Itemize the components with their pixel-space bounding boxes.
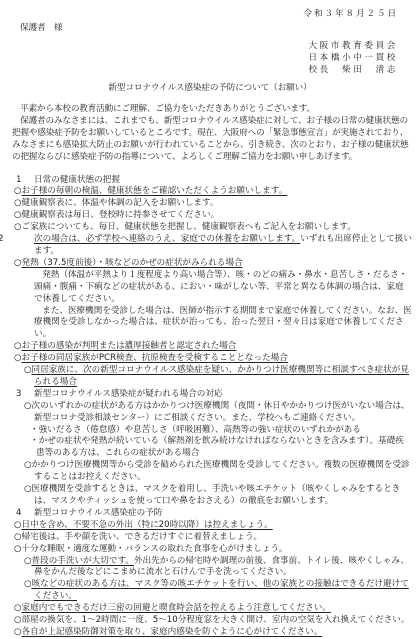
list-item: ○お子様の同居家族がPCR検査、抗原検査を受検することとなった場合	[12, 353, 412, 365]
document-date: 令和３年８月２５日	[304, 8, 398, 20]
fever-detail: 発熱（体温が平熱より１度程度より高い場合等）、咳・のどの痛み・鼻水・息苦しさ・だ…	[12, 270, 412, 306]
symptom-bullet: ・強いだるさ（倦怠感）や息苦しさ（呼吸困難）、高熱等の強い症状のいずれかがある	[12, 425, 412, 437]
list-item: ○かかりつけ医療機関等から受診を勧められた医療機関を受診してください。複数の医療…	[12, 460, 412, 484]
list-item: ○部屋の換気を、1～2時間に一度、5～10分程度窓を大きく開け、室内の空気を入れ…	[12, 615, 412, 627]
list-item: ○家庭内でもできるだけ三密の回避と喫食時会話を控えるよう注意してください。	[12, 603, 412, 615]
list-item: ○ご家族についても、毎日、健康状態を把握し、健康観察表へもご記入をお願いします。	[12, 222, 412, 234]
document-body: 平素から本校の教育活動にご理解、ご協力をいただきありがとうございます。 保護者の…	[12, 104, 412, 639]
section-4-heading: 4新型コロナウイルス感染症の予防	[12, 508, 412, 520]
addressee: 保護者 様	[20, 22, 62, 34]
section-3-heading: 3新型コロナウイルス感染症が疑われる場合の対応	[12, 389, 412, 401]
list-item: ○日中を含め、不要不急の外出（特に20時以降）は控えましょう。	[12, 520, 412, 532]
section-1-heading: 1日常の健康状態の把握	[12, 175, 412, 187]
document-title: 新型コロナウイルス感染症の予防について（お願い）	[0, 82, 420, 94]
sender-school: 日本橋小中一貫校	[308, 52, 398, 64]
list-item: ○お子様の毎朝の検温、健康状態をご確認いただくようお願いします。	[12, 186, 412, 198]
list-item: ○お子様の感染が判明または濃厚接触者と認定された場合	[12, 341, 412, 353]
intro-paragraph: 保護者のみなさまには、これまでも、新型コロナウイルス感染症に対して、お子様の日常…	[12, 116, 412, 164]
symptom-bullet: ・かぜの症状や発熱が続いている（解熱剤を飲み続けなければならないときを含みます）…	[12, 436, 412, 460]
sender-principal: 校長 柴田 清志	[308, 64, 398, 76]
sender-org: 大阪市教育委員会	[308, 40, 398, 52]
list-item: ○帰宅後は、手や顔を洗い、できるだけすぐに着替えましょう。	[12, 532, 412, 544]
list-item: ○健康観察表は毎日、登校時に持参させてください。	[12, 210, 412, 222]
intro-greeting: 平素から本校の教育活動にご理解、ご協力をいただきありがとうございます。	[12, 104, 412, 116]
list-item: ○発熱（37.5度前後）・咳などのかぜの症状がみられる場合	[12, 258, 412, 270]
list-item: ○普段の手洗いが大切です。外出先からの帰宅時や調理の前後、食事前、トイレ後、咳や…	[12, 556, 412, 580]
list-item: ○健康観察表に、体温や体調の記入をお願いします。	[12, 198, 412, 210]
list-item: ○同居家族に、次の新型コロナウイルス感染症を疑い、かかりつけ医療機関等に相談すべ…	[12, 365, 412, 389]
list-item: ○医療機関を受診するときは、マスクを着用し、手洗いや咳エチケット（咳やくしゃみを…	[12, 484, 412, 508]
list-item: ○十分な睡眠・適度な運動・バランスの取れた食事を心がけましょう。	[12, 544, 412, 556]
document-page: 令和３年８月２５日 保護者 様 大阪市教育委員会 日本橋小中一貫校 校長 柴田 …	[0, 0, 420, 639]
fever-detail-medical: また、医療機関を受診した場合は、医師が指示する期間まで家庭で休養してください。な…	[12, 306, 412, 342]
section-2-heading: 2次の場合は、必ず学校へ連絡のうえ、家庭での休養をお願いします。いずれも出席停止…	[12, 234, 412, 258]
list-item: ○咳などの症状のある方は、マスク等の咳エチケットを行い、他の家族との接触はできる…	[12, 579, 412, 603]
list-item: ○各自が上記感染防御対策を取り、家庭内感染を防ぐように心がけてください。	[12, 627, 412, 639]
list-item: ○次のいずれかの症状がある方はかかりつけ医療機関（夜間・休日やかかりつけ医がいな…	[12, 401, 412, 425]
